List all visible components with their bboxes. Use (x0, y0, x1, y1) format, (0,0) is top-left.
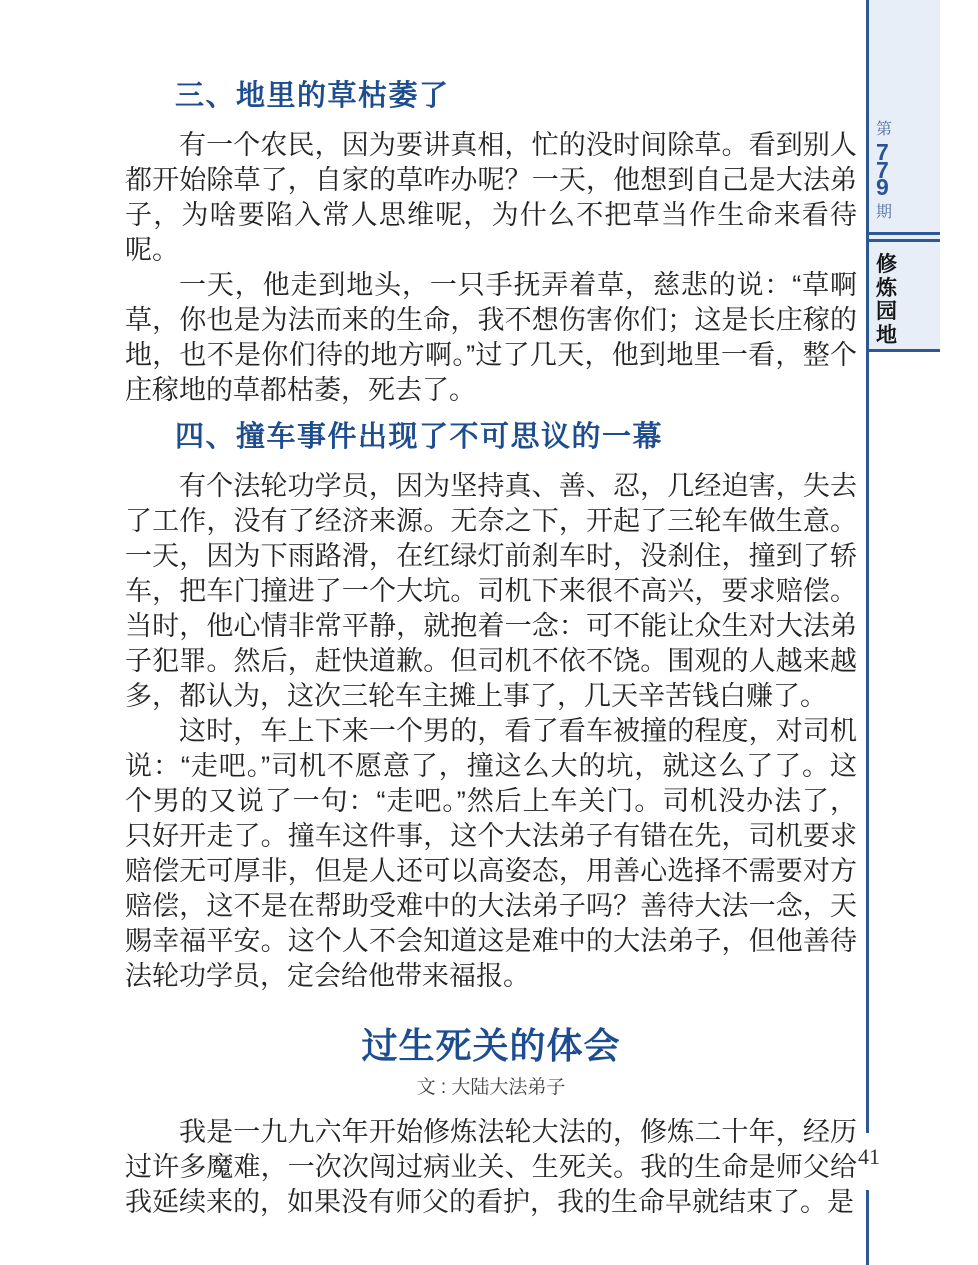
article-title: 过生死关的体会 (125, 1025, 857, 1067)
issue-suffix: 期 (876, 203, 899, 222)
issue-prefix: 第 (876, 120, 899, 139)
paragraph: 有个法轮功学员，因为坚持真、善、忍，几经迫害，失去了工作，没有了经济来源。无奈之… (125, 469, 857, 714)
sidebar-vertical-rule-bottom (866, 1190, 869, 1265)
sidebar-bottom-border (866, 349, 940, 352)
section-heading-3: 三、地里的草枯萎了 (175, 80, 857, 113)
paragraph: 有一个农民，因为要讲真相，忙的没时间除草。看到别人都开始除草了，自家的草咋办呢？… (125, 128, 857, 268)
paragraph: 一天，他走到地头，一只手抚弄着草，慈悲的说：“草啊草，你也是为法而来的生命，我不… (125, 268, 857, 408)
sidebar-separator (866, 232, 940, 242)
page-content: 三、地里的草枯萎了 有一个农民，因为要讲真相，忙的没时间除草。看到别人都开始除草… (125, 80, 857, 1220)
section-heading-4: 四、撞车事件出现了不可思议的一幕 (175, 421, 857, 454)
paragraph: 这时，车上下来一个男的，看了看车被撞的程度，对司机说：“走吧。”司机不愿意了，撞… (125, 714, 857, 994)
sidebar-section-name: 修炼园地 (876, 253, 899, 347)
page-number: 41 (858, 1144, 880, 1170)
issue-number-block: 第 779 期 (876, 120, 899, 222)
issue-number: 779 (876, 144, 899, 197)
article-byline: 文 : 大陆大法弟子 (125, 1076, 857, 1100)
paragraph: 我是一九九六年开始修炼法轮大法的，修炼二十年，经历过许多魔难，一次次闯过病业关、… (125, 1115, 857, 1220)
sidebar-panel: 第 779 期 修炼园地 (869, 0, 940, 352)
